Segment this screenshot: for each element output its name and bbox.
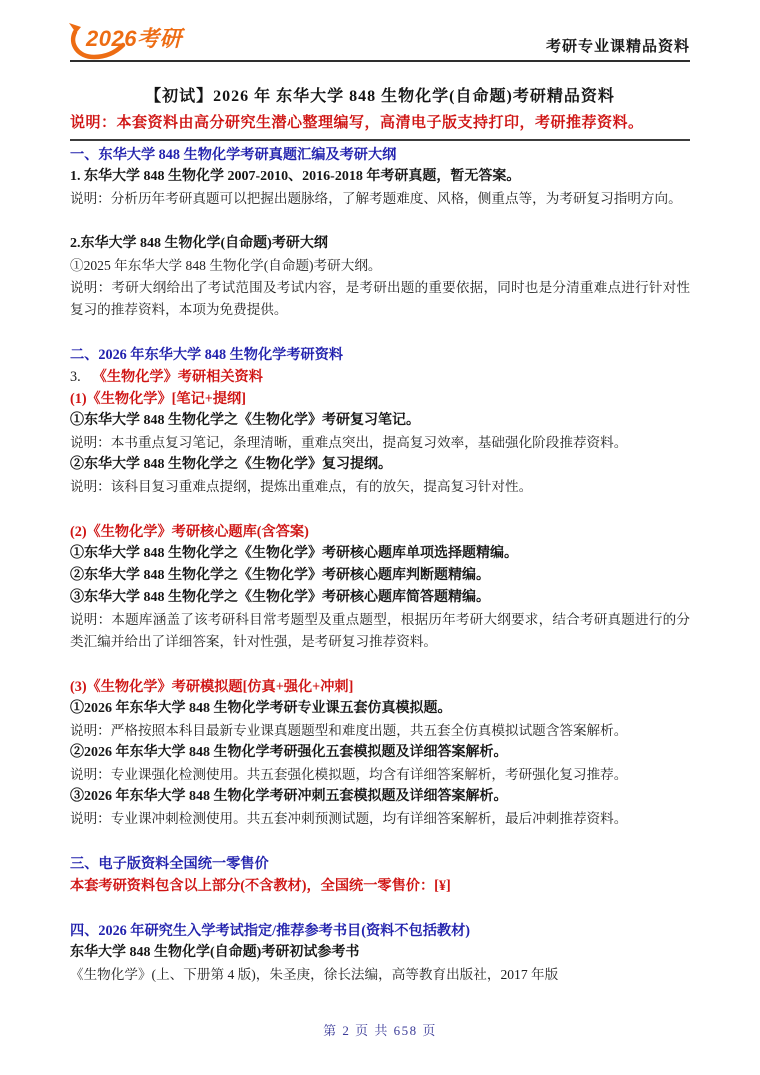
header-tagline: 考研专业课精品资料	[546, 35, 690, 60]
document-content: 【初试】2026 年 东华大学 848 生物化学(自命题)考研精品资料 说明：本…	[70, 62, 690, 986]
text-line: ②东华大学 848 生物化学之《生物化学》复习提纲。	[70, 454, 690, 476]
text-line: ①东华大学 848 生物化学之《生物化学》考研核心题库单项选择题精编。	[70, 543, 690, 565]
text-line: 一、东华大学 848 生物化学考研真题汇编及考研大纲	[70, 144, 690, 166]
text-line: 说明：严格按照本科目最新专业课真题题型和难度出题，共五套全仿真模拟试题含答案解析…	[70, 720, 690, 742]
line-text: 《生物化学》考研相关资料	[93, 369, 263, 385]
text-line: 说明：考研大纲给出了考试范围及考试内容，是考研出题的重要依据，同时也是分清重难点…	[70, 277, 690, 321]
text-line: 三、电子版资料全国统一零售价	[70, 853, 690, 875]
page-header: 2026考研 考研专业课精品资料	[70, 0, 690, 62]
text-line: ①2026 年东华大学 848 生物化学考研专业课五套仿真模拟题。	[70, 698, 690, 720]
document-page: 2026考研 考研专业课精品资料 【初试】2026 年 东华大学 848 生物化…	[0, 0, 760, 1075]
text-line: 2.东华大学 848 生物化学(自命题)考研大纲	[70, 233, 690, 255]
text-line: 说明：该科目复习重难点提纲，提炼出重难点，有的放矢，提高复习针对性。	[70, 476, 690, 498]
text-line: ②2026 年东华大学 848 生物化学考研强化五套模拟题及详细答案解析。	[70, 742, 690, 764]
notice-line: 说明：本套资料由高分研究生潜心整理编写，高清电子版支持打印，考研推荐资料。	[70, 112, 690, 141]
text-line: 说明：分析历年考研真题可以把握出题脉络，了解考题难度、风格，侧重点等，为考研复习…	[70, 188, 690, 210]
text-line: 四、2026 年研究生入学考试指定/推荐参考书目(资料不包括教材)	[70, 920, 690, 942]
page-number: 第 2 页 共 658 页	[0, 1020, 760, 1039]
text-line: 说明：专业课冲刺检测使用。共五套冲刺预测试题，均有详细答案解析，最后冲刺推荐资料…	[70, 808, 690, 830]
text-line: 《生物化学》(上、下册第 4 版)，朱圣庚，徐长法编，高等教育出版社，2017 …	[70, 964, 690, 986]
text-line: ①东华大学 848 生物化学之《生物化学》考研复习笔记。	[70, 410, 690, 432]
text-line: 二、2026 年东华大学 848 生物化学考研资料	[70, 344, 690, 366]
text-line: 说明：本题库涵盖了该考研科目常考题型及重点题型，根据历年考研大纲要求，结合考研真…	[70, 609, 690, 653]
text-line: (1)《生物化学》[笔记+提纲]	[70, 388, 690, 410]
line-number-prefix: 3.	[70, 369, 81, 385]
text-line: ③东华大学 848 生物化学之《生物化学》考研核心题库简答题精编。	[70, 587, 690, 609]
text-line: 说明：专业课强化检测使用。共五套强化模拟题，均含有详细答案解析，考研强化复习推荐…	[70, 764, 690, 786]
text-line: ②东华大学 848 生物化学之《生物化学》考研核心题库判断题精编。	[70, 565, 690, 587]
text-line: 说明：本书重点复习笔记，条理清晰，重难点突出，提高复习效率，基础强化阶段推荐资料…	[70, 432, 690, 454]
text-line: 东华大学 848 生物化学(自命题)考研初试参考书	[70, 942, 690, 964]
text-line: (3)《生物化学》考研模拟题[仿真+强化+冲刺]	[70, 676, 690, 698]
logo-text: 2026考研	[86, 22, 182, 53]
text-line: ①2025 年东华大学 848 生物化学(自命题)考研大纲。	[70, 255, 690, 277]
text-line: 1. 东华大学 848 生物化学 2007-2010、2016-2018 年考研…	[70, 166, 690, 188]
text-line: (2)《生物化学》考研核心题库(含答案)	[70, 521, 690, 543]
text-line: 本套考研资料包含以上部分(不含教材)，全国统一零售价：[¥]	[70, 875, 690, 897]
text-line: 3.《生物化学》考研相关资料	[70, 366, 690, 388]
document-body: 一、东华大学 848 生物化学考研真题汇编及考研大纲1. 东华大学 848 生物…	[70, 144, 690, 986]
document-title: 【初试】2026 年 东华大学 848 生物化学(自命题)考研精品资料	[70, 85, 690, 108]
logo-2026kaoyan: 2026考研	[70, 16, 210, 60]
text-line: ③2026 年东华大学 848 生物化学考研冲刺五套模拟题及详细答案解析。	[70, 786, 690, 808]
